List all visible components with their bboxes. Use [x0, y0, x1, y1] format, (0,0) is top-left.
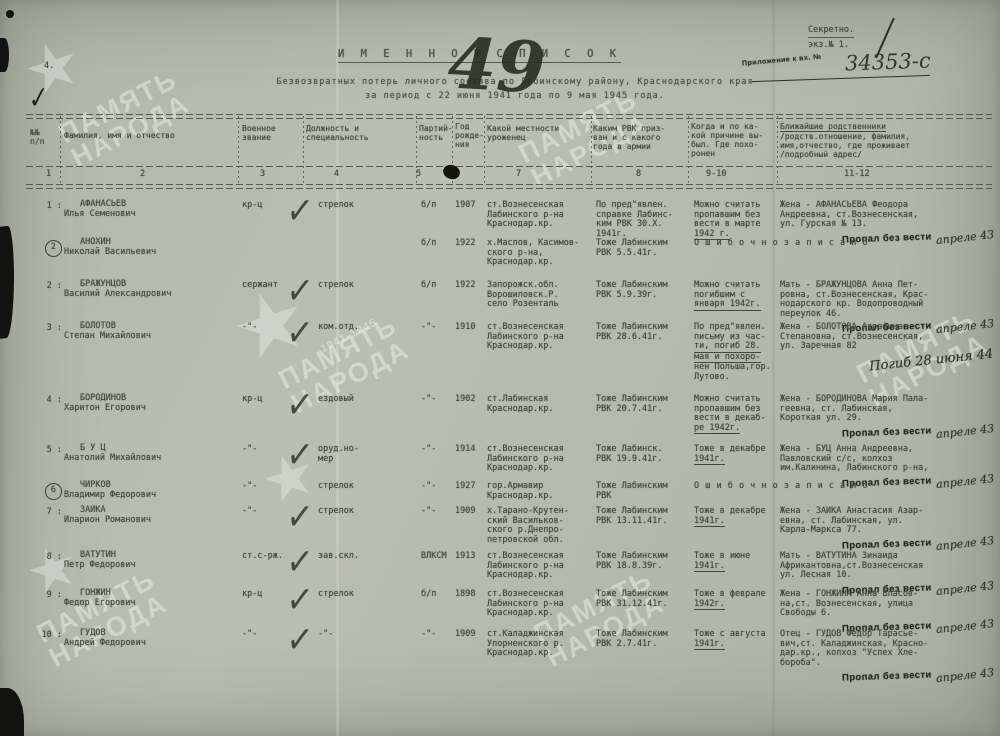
table-rule — [26, 114, 992, 115]
stamp-line: Пропал без вестиапреле 43 — [780, 537, 994, 551]
header-divider — [60, 116, 61, 184]
header-line: Каким РВК приз- — [593, 124, 665, 133]
header-line: года в армии — [593, 142, 651, 151]
cell-birth-year: 1907 — [455, 201, 487, 211]
cell-party: -"- — [421, 323, 453, 333]
header-line: Ближайшие родственники — [780, 122, 886, 132]
cell-name: Б У ЦАнатолий Михайлович — [64, 444, 240, 463]
cell-fate: По пред"явлен.письму из час-ти, погиб 28… — [694, 323, 790, 382]
cell-birth-year: 1909 — [455, 630, 487, 640]
cell-name-line: Харитон Егорович — [64, 404, 146, 414]
header-line: Военное — [242, 124, 276, 133]
cell-line: стрелок — [318, 482, 354, 492]
cell-drafted-by: Тоже ЛабинскимРВК 18.8.39г. — [596, 552, 690, 571]
table-row: 7 :ЗАИКАИларион Романович-"-✓стрелок-"-1… — [0, 506, 1000, 507]
cell-position: -"- — [318, 630, 414, 640]
page-number-handwritten: 49 — [446, 22, 548, 110]
cell-rank: -"- — [242, 482, 292, 492]
cell-birth-year: 1910 — [455, 323, 487, 333]
cell-line: РВК 2.7.41г. — [596, 640, 657, 650]
cell-rank: кр-ц — [242, 201, 292, 211]
column-number-1: 1 — [46, 170, 51, 180]
cell-rank: -"- — [242, 445, 292, 455]
cell-birth-year: 1922 — [455, 281, 487, 291]
header-line: ронен — [691, 149, 715, 158]
cell-line: мер — [318, 455, 333, 465]
cell-line: им.Калинина, Лабинского р-на, — [780, 464, 928, 474]
cell-position: стрелок — [318, 201, 414, 211]
header-divider — [303, 116, 304, 184]
cell-drafted-by: Тоже Лабинск.РВК 19.9.41г. — [596, 445, 690, 464]
header-cell-1: №№п/п — [30, 128, 60, 146]
cell-origin: гор.АрмавирКраснодар.кр. — [487, 482, 593, 501]
cell-line: января 1942г. — [694, 300, 761, 311]
cell-birth-year: 1902 — [455, 395, 487, 405]
cell-party: б/п — [421, 201, 453, 211]
cell-line: Краснодар.кр. — [487, 342, 554, 352]
cell-position: стрелок — [318, 507, 414, 517]
edge-artifact — [0, 38, 9, 72]
header-cell-6: Годрожде-ния — [455, 122, 485, 149]
header-line: уроженец — [487, 133, 526, 142]
handwritten-note: апреле 43 — [935, 666, 994, 685]
cell-party: -"- — [421, 630, 453, 640]
cell-name: БОРОДИНОВХаритон Егорович — [64, 394, 240, 413]
cell-drafted-by: Тоже ЛабинскимРВК 2.7.41г. — [596, 630, 690, 649]
column-number-5: 5 — [416, 170, 421, 180]
cell-line: Краснодар.кр. — [487, 571, 554, 581]
cell-name: БОЛОТОВСтепан Михайлович — [64, 322, 240, 341]
header-line: Когда и по ка- — [691, 122, 758, 131]
cell-line: Лутово. — [694, 373, 730, 383]
cell-line: Свободы 6. — [780, 609, 831, 619]
header-line: Год — [455, 122, 469, 131]
cell-number: 2 : — [28, 282, 62, 292]
cell-line: петровской обл. — [487, 536, 564, 546]
header-divider — [591, 116, 592, 184]
cell-fate: О ш и б о ч н о з а п и с а н о — [694, 239, 904, 249]
cell-relatives: Жена - БОРОДИНОВА Мария Пала-геевна, ст.… — [780, 395, 996, 438]
cell-party: б/п — [421, 281, 453, 291]
cell-name-line: Николай Васильевич — [64, 248, 156, 258]
stamp-line: Пропал без вестиапреле 43 — [780, 425, 994, 439]
header-line: Фамилия, имя и отчество — [64, 131, 175, 140]
cell-drafted-by: Тоже ЛабинскимРВК 31.12.41г. — [596, 590, 690, 609]
header-cell-7: Какой местностиуроженец — [487, 124, 591, 142]
cell-line: стрелок — [318, 281, 354, 291]
header-line: ван и с какого — [593, 133, 660, 142]
cell-line: РВК 20.7.41г. — [596, 405, 663, 415]
header-cell-4: Должность испециальность — [306, 124, 402, 142]
cell-line: -"- — [318, 630, 333, 640]
cell-party: -"- — [421, 507, 453, 517]
cell-line: ул. Заречная 82 — [780, 342, 857, 352]
cell-position: стрелок — [318, 482, 414, 492]
cell-origin: ст.ВознесенскаяЛабинского р-наКраснодар.… — [487, 201, 593, 230]
document-page: ПАМЯТЬНАРОДАПАМЯТЬНАРОДАПАМЯТЬНАРОДАПАМЯ… — [0, 0, 1000, 736]
cell-party: -"- — [421, 445, 453, 455]
cell-party: б/п — [421, 590, 453, 600]
header-line: был. Где похо- — [691, 140, 758, 149]
header-line: специальность — [306, 133, 369, 142]
table-row: 2 :БРАЖУНЦОВВасилий Александровичсержант… — [0, 280, 1000, 281]
table-rule — [26, 166, 992, 167]
cell-position: стрелок — [318, 590, 414, 600]
cell-drafted-by: Тоже ЛабинскимРВК 5.9.39г. — [596, 281, 690, 300]
cell-name-line: Иларион Романович — [64, 516, 151, 526]
cell-line: стрелок — [318, 201, 354, 211]
header-line: кой причине вы- — [691, 131, 763, 140]
cell-line: ул. Гурская № 13. — [780, 220, 867, 230]
corner-mark: 4. — [44, 62, 54, 72]
cell-drafted-by: Тоже ЛабинскимРВК 28.6.41г. — [596, 323, 690, 342]
column-number-3: 3 — [260, 170, 265, 180]
cell-line: Карла-Маркса 77. — [780, 526, 862, 536]
header-line: №№ — [30, 128, 40, 137]
cell-relatives: Жена - ЗАИКА Анастасия Азар-евна, ст. Ла… — [780, 507, 996, 550]
cell-relatives: Жена - БОЛОТОВА АграфинаСтепановна, ст.В… — [780, 323, 996, 368]
header-divider — [238, 116, 239, 184]
header-line: рожде- — [455, 131, 484, 140]
column-number-9-10: 9-10 — [706, 170, 726, 180]
cell-line: село Розенталь — [487, 300, 559, 310]
cell-line: 1942г. — [694, 600, 725, 611]
cell-birth-year: 1898 — [455, 590, 487, 600]
cell-origin: ст.ЛабинскаяКраснодар.кр. — [487, 395, 593, 414]
cell-line: РВК 19.9.41г. — [596, 455, 663, 465]
table-row: 5 :Б У ЦАнатолий Михайлович-"-✓оруд.но-м… — [0, 444, 1000, 445]
cell-line: О ш и б о ч н о з а п и с а н о — [694, 482, 868, 492]
cell-name-line: Степан Михайлович — [64, 332, 151, 342]
cell-birth-year: 1922 — [455, 239, 487, 249]
cell-line: 1941г. — [694, 517, 725, 528]
cell-drafted-by: Тоже ЛабинскимРВК 20.7.41г. — [596, 395, 690, 414]
column-number-7: 7 — [516, 170, 521, 180]
cell-origin: х.Маслов, Касимов-ского р-на,Краснодар.к… — [487, 239, 593, 268]
header-line: ния — [455, 140, 469, 149]
table-row: 1 :АФАНАСЬЕВИлья Семеновичкр-ц✓стрелокб/… — [0, 200, 1000, 201]
cell-line: РВК 5.9.39г. — [596, 291, 657, 301]
cell-rank: -"- — [242, 630, 292, 640]
cell-name-line: Петр Федорович — [64, 561, 136, 571]
header-line: звание — [242, 133, 271, 142]
cell-birth-year: 1914 — [455, 445, 487, 455]
cell-line: РВК 5.5.41г. — [596, 249, 657, 259]
cell-number: 7 : — [28, 508, 62, 518]
cell-position: ездовый — [318, 395, 414, 405]
cell-line: РВК — [596, 492, 611, 502]
cell-origin: ст.ВознесенскаяЛабинского р-наКраснодар.… — [487, 552, 593, 581]
cell-line: Краснодар.кр. — [487, 258, 554, 268]
cell-name-line: Василий Александрович — [64, 290, 171, 300]
cell-line: ул. Лесная 10. — [780, 571, 852, 581]
table-row: 8 :ВАТУТИНПетр Федоровичст.с-рж.✓зав.скл… — [0, 551, 1000, 552]
header-cell-10: Ближайшие родственники/родств.отношение,… — [780, 122, 996, 159]
cell-origin: ст.КаладжинскаяУпорненского р.Краснодар.… — [487, 630, 593, 659]
cell-name: БРАЖУНЦОВВасилий Александрович — [64, 280, 240, 299]
cell-birth-year: 1927 — [455, 482, 487, 492]
cell-line: ре 1942г. — [694, 424, 740, 435]
handwritten-note: апреле 43 — [935, 421, 994, 440]
cell-line: ком.отд. — [318, 323, 359, 333]
column-number-4: 4 — [334, 170, 339, 180]
stamp-line: Пропал без вестиапреле 43 — [780, 669, 994, 683]
table-rule — [26, 188, 992, 189]
cell-drafted-by: Тоже ЛабинскимРВК 13.11.41г. — [596, 507, 690, 526]
header-line: Должность и — [306, 124, 359, 133]
cell-number: 6 — [28, 483, 62, 500]
handwritten-note: апреле 43 — [935, 533, 994, 552]
cell-origin: ст.ВознесенскаяЛабинского р-наКраснодар.… — [487, 323, 593, 352]
cell-party: б/п — [421, 239, 453, 249]
cell-line: РВК 13.11.41г. — [596, 517, 668, 527]
cell-rank: -"- — [242, 507, 292, 517]
cell-number: 10 : — [28, 631, 62, 641]
circled-number: 6 — [44, 482, 63, 500]
cell-fate: О ш и б о ч н о з а п и с а н о — [694, 482, 904, 492]
cell-drafted-by: Тоже ЛабинскимРВК 5.5.41г. — [596, 239, 690, 258]
cell-party: -"- — [421, 482, 453, 492]
cell-position: оруд.но-мер — [318, 445, 414, 464]
cell-line: Краснодар.кр. — [487, 405, 554, 415]
cell-rank: кр-ц — [242, 590, 292, 600]
cell-line: 1941г. — [694, 562, 725, 573]
cell-fate: Тоже в июне1941г. — [694, 552, 790, 572]
cell-birth-year: 1913 — [455, 552, 487, 562]
paper-crease — [336, 0, 339, 736]
cell-rank: сержант — [242, 281, 292, 291]
cell-drafted-by: По пред"явлен.справке Лабинс-ким РВК 30.… — [596, 201, 690, 239]
memory-of-people-watermark: ПАМЯТЬНАРОДА — [33, 566, 172, 673]
cell-number: 5 : — [28, 446, 62, 456]
cell-line: бороба". — [780, 659, 821, 669]
cell-rank: ст.с-рж. — [242, 552, 292, 562]
header-line: Какой местности — [487, 124, 559, 133]
cell-number: 4 : — [28, 396, 62, 406]
cell-line: ездовый — [318, 395, 354, 405]
cell-line: РВК 28.6.41г. — [596, 333, 663, 343]
secret-label: Секретно. — [808, 26, 854, 38]
cell-name-line: Анатолий Михайлович — [64, 454, 161, 464]
cell-origin: х.Тарано-Крутен-ский Васильков-ского р.Д… — [487, 507, 593, 545]
cell-line: зав.скл. — [318, 552, 359, 562]
header-line: /подробный адрес/ — [780, 150, 862, 159]
cell-line: стрелок — [318, 590, 354, 600]
cell-rank: -"- — [242, 323, 292, 333]
cell-line: РВК 31.12.41г. — [596, 600, 668, 610]
cell-rank: кр-ц — [242, 395, 292, 405]
header-line: /родств.отношение, фамилия, — [780, 132, 910, 141]
cell-origin: ст.ВознесенскаяЛабинского р-наКраснодар.… — [487, 445, 593, 474]
missing-in-action-stamp: Пропал без вести — [842, 537, 932, 551]
header-cell-2: Фамилия, имя и отчество — [64, 131, 238, 140]
cell-line: РВК 18.8.39г. — [596, 562, 663, 572]
edge-artifact — [6, 10, 14, 18]
cell-party: -"- — [421, 395, 453, 405]
cell-line: Краснодар.кр. — [487, 464, 554, 474]
cell-line: стрелок — [318, 507, 354, 517]
cell-fate: Можно считатьпропавшим безвести в декаб-… — [694, 395, 790, 434]
missing-in-action-stamp: Пропал без вести — [842, 425, 932, 439]
cell-position: зав.скл. — [318, 552, 414, 562]
cell-line: ти, погиб 28. — [694, 342, 761, 353]
stamp-line: Погиб 28 июня 44 — [780, 353, 994, 368]
cell-line: Краснодар.кр. — [487, 492, 554, 502]
column-number-2: 2 — [140, 170, 145, 180]
cell-fate: Тоже с августа1941г. — [694, 630, 790, 650]
table-rule — [26, 118, 992, 119]
cell-name: ЗАИКАИларион Романович — [64, 506, 240, 525]
handwritten-note: апреле 43 — [935, 227, 994, 246]
header-cell-8: Каким РВК приз-ван и с какогогода в арми… — [593, 124, 690, 151]
cell-line: Короткая ул. 29. — [780, 414, 862, 424]
cell-fate: Можно считатьпропавшим безвести в марте1… — [694, 201, 790, 240]
table-row: 4 :БОРОДИНОВХаритон Егоровичкр-ц✓ездовый… — [0, 394, 1000, 395]
cell-relatives: Жена - ГОНЖИНА Анна Власов-на,ст. Вознес… — [780, 590, 996, 633]
cell-party: ВЛКСМ — [421, 552, 453, 562]
header-line: имя,отчество, где проживает — [780, 141, 910, 150]
cell-birth-year: 1909 — [455, 507, 487, 517]
cell-position: ком.отд. — [318, 323, 414, 333]
incoming-number-handwritten: 34353-с — [845, 49, 931, 76]
header-cell-3: Военноезвание — [242, 124, 304, 142]
cell-line: Краснодар.кр. — [487, 220, 554, 230]
missing-in-action-stamp: Пропал без вести — [842, 669, 932, 683]
cell-line: О ш и б о ч н о з а п и с а н о — [694, 239, 868, 249]
header-cell-9: Когда и по ка-кой причине вы-был. Где по… — [691, 122, 779, 158]
cell-name-line: Владимир Федорович — [64, 491, 156, 501]
cell-name: АФАНАСЬЕВИлья Семенович — [64, 200, 240, 219]
cell-number: 8 : — [28, 553, 62, 563]
cell-relatives: Отец - ГУДОВ Федор Тарасье-вич,ст. Калад… — [780, 630, 996, 683]
cell-name-line: Андрей Федорович — [64, 639, 146, 649]
cell-line: Краснодар.кр. — [487, 649, 554, 659]
cell-number: 2 — [28, 240, 62, 257]
cell-number: 9 : — [28, 591, 62, 601]
cell-origin: ст.ВознесенскаяЛабинского р-наКраснодар.… — [487, 590, 593, 619]
cell-name: АНОХИННиколай Васильевич — [64, 238, 240, 257]
cell-origin: Запорожск.обл.Ворошиловск.Р.село Розента… — [487, 281, 593, 310]
header-cell-5: Партий-ность — [419, 124, 455, 142]
cell-fate: Можно считатьпогибшим сянваря 1942г. — [694, 281, 790, 311]
cell-line: 1941г. — [694, 640, 725, 651]
header-line: ность — [419, 133, 443, 142]
cell-position: стрелок — [318, 281, 414, 291]
cell-name: ВАТУТИНПетр Федорович — [64, 551, 240, 570]
copy-number: экз.№ 1. — [808, 41, 849, 51]
cell-name: ЧИРКОВВладимир Федорович — [64, 481, 240, 500]
header-line: п/п — [30, 137, 44, 146]
header-divider — [484, 116, 485, 184]
header-divider — [777, 116, 778, 184]
cell-fate: Тоже в феврале1942г. — [694, 590, 790, 610]
table-row: 9 :ГОНЖИНФедор Егоровичкр-ц✓стрелокб/п18… — [0, 589, 1000, 590]
cell-drafted-by: Тоже ЛабинскимРВК — [596, 482, 690, 501]
table-row: 6ЧИРКОВВладимир Федорович-"-стрелок-"-19… — [0, 481, 1000, 482]
cell-line: Краснодар.кр. — [487, 609, 554, 619]
cell-fate: Тоже в декабре1941г. — [694, 507, 790, 527]
cell-name: ГУДОВАндрей Федорович — [64, 629, 240, 648]
cell-fate: Тоже в декабре1941г. — [694, 445, 790, 465]
header-divider — [688, 116, 689, 184]
table-row: 10 :ГУДОВАндрей Федорович-"-✓-"--"-1909с… — [0, 629, 1000, 630]
cell-number: 3 : — [28, 324, 62, 334]
circled-number: 2 — [44, 239, 63, 257]
cell-name: ГОНЖИНФедор Егорович — [64, 589, 240, 608]
table-row: 3 :БОЛОТОВСтепан Михайлович-"-✓ком.отд.-… — [0, 322, 1000, 323]
cell-name-line: Илья Семенович — [64, 210, 136, 220]
cell-line: 1941г. — [694, 455, 725, 466]
cell-number: 1 : — [28, 202, 62, 212]
table-row: 2АНОХИННиколай Васильевичб/п1922х.Маслов… — [0, 238, 1000, 239]
cell-line: переулок 46. — [780, 310, 841, 320]
header-line: Партий- — [419, 124, 453, 133]
column-number-11-12: 11-12 — [844, 170, 870, 180]
table-rule — [26, 184, 992, 185]
cell-name-line: Федор Егорович — [64, 599, 136, 609]
column-number-8: 8 — [636, 170, 641, 180]
